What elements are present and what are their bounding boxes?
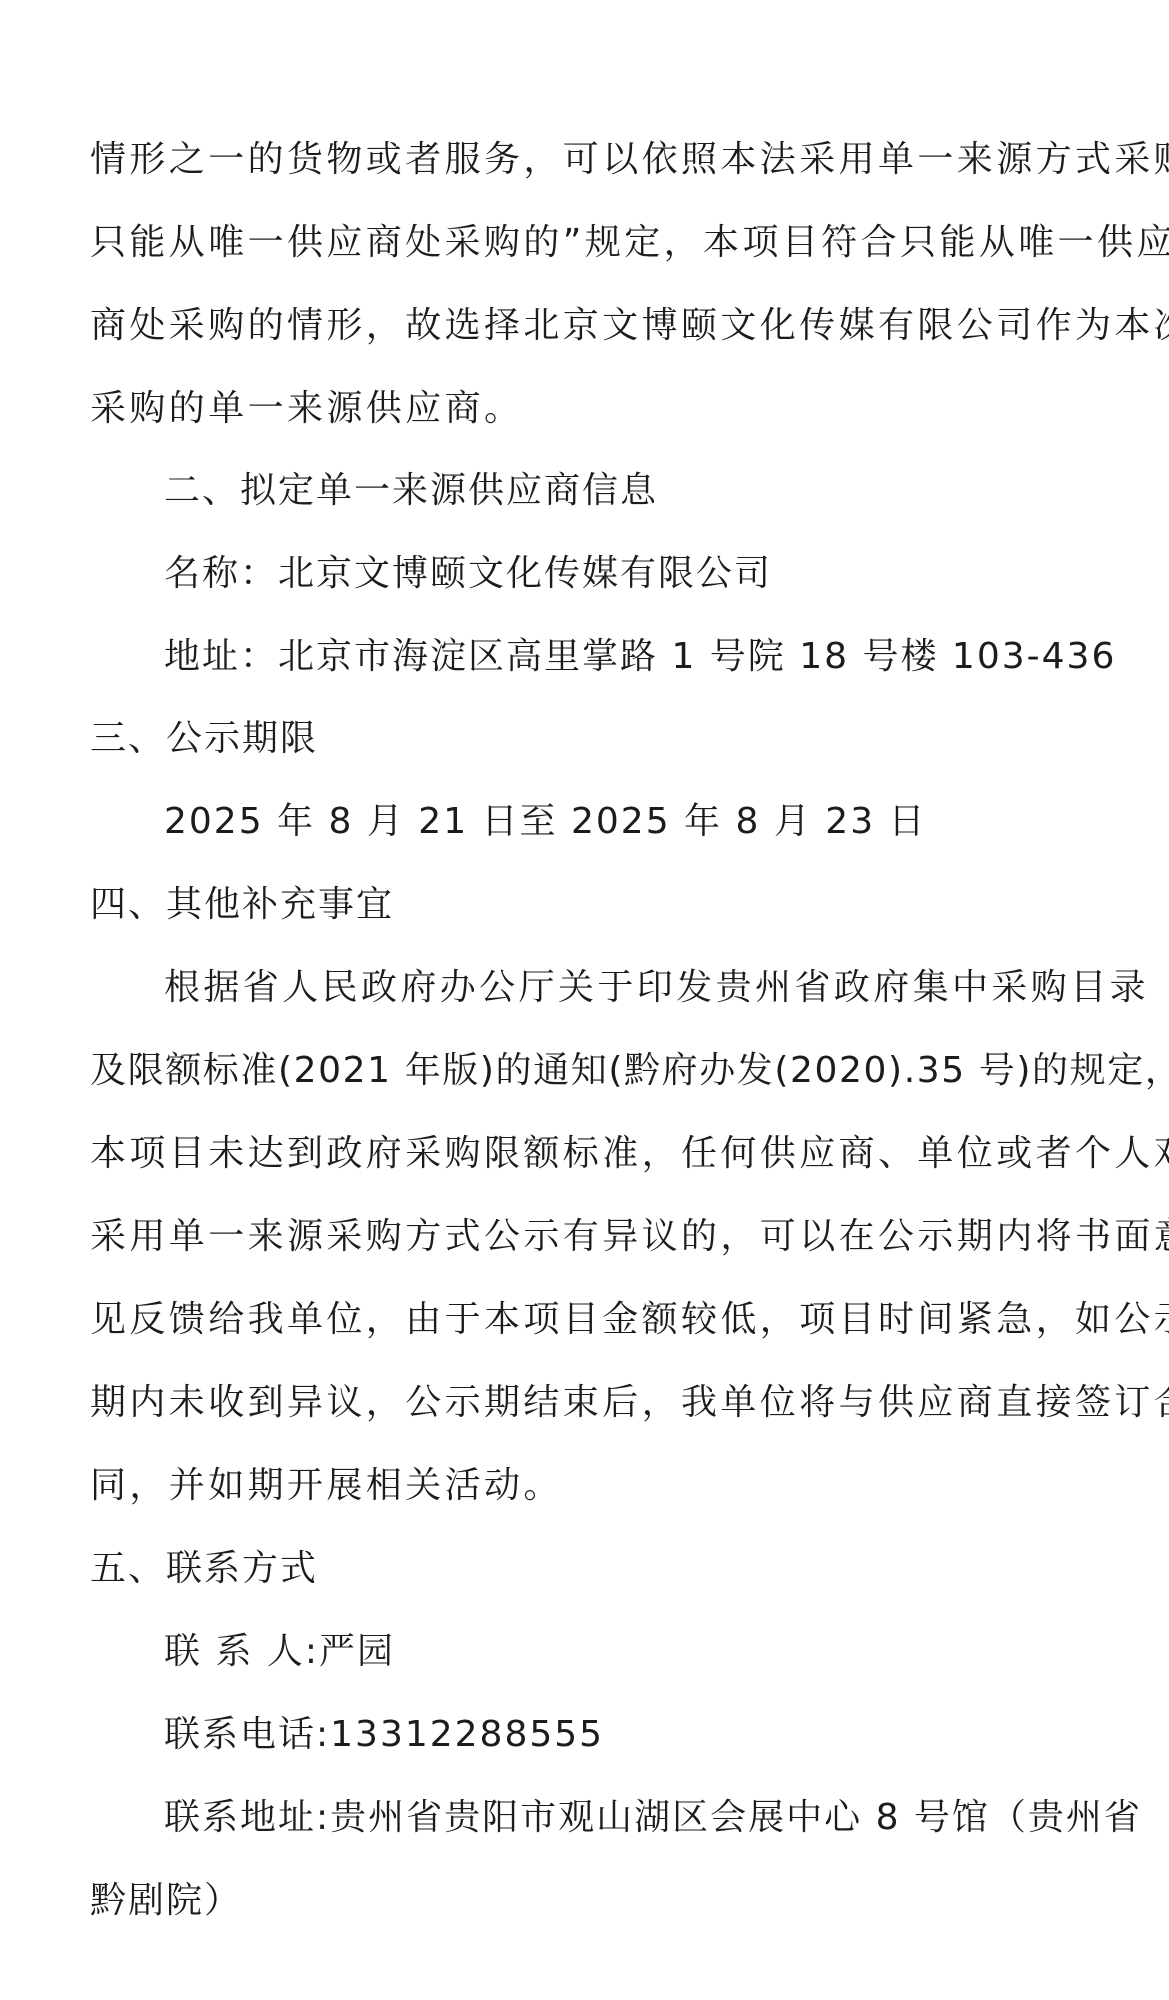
section-4-line-3: 本项目未达到政府采购限额标准，任何供应商、单位或者个人对 [90,1132,1169,1176]
supplier-address-line: 地址：北京市海淀区高里掌路 1 号院 18 号楼 103-436 [164,635,1116,679]
section-5-heading: 五、联系方式 [90,1547,318,1591]
notice-period: 2025 年 8 月 21 日至 2025 年 8 月 23 日 [164,800,927,844]
intro-line-2: 只能从唯一供应商处采购的”规定，本项目符合只能从唯一供应 [90,221,1169,265]
document-page: 情形之一的货物或者服务，可以依照本法采用单一来源方式采购： 只能从唯一供应商处采… [0,0,1169,2000]
section-4-line-1: 根据省人民政府办公厅关于印发贵州省政府集中采购目录 [164,966,1149,1010]
section-3-heading: 三、公示期限 [90,717,318,761]
intro-line-3: 商处采购的情形，故选择北京文博颐文化传媒有限公司作为本次 [90,304,1169,348]
contact-address-line-2: 黔剧院） [90,1879,242,1923]
intro-line-4: 采购的单一来源供应商。 [90,387,523,431]
section-4-line-7: 同，并如期开展相关活动。 [90,1464,563,1508]
contact-phone-line: 联系电话:13312288555 [164,1713,604,1757]
supplier-name-line: 名称：北京文博颐文化传媒有限公司 [164,552,772,596]
section-4-line-5: 见反馈给我单位，由于本项目金额较低，项目时间紧急，如公示 [90,1298,1169,1342]
section-2-heading: 二、拟定单一来源供应商信息 [164,469,658,513]
intro-line-1: 情形之一的货物或者服务，可以依照本法采用单一来源方式采购： [90,138,1169,182]
contact-address-line-1: 联系地址:贵州省贵阳市观山湖区会展中心 8 号馆（贵州省 [164,1796,1142,1840]
section-4-line-4: 采用单一来源采购方式公示有异议的，可以在公示期内将书面意 [90,1215,1169,1259]
section-4-heading: 四、其他补充事宜 [90,883,394,927]
section-4-line-2: 及限额标准(2021 年版)的通知(黔府办发(2020).35 号)的规定， [90,1049,1169,1093]
section-4-line-6: 期内未收到异议，公示期结束后，我单位将与供应商直接签订合 [90,1381,1169,1425]
contact-person-line: 联 系 人:严园 [164,1630,395,1674]
